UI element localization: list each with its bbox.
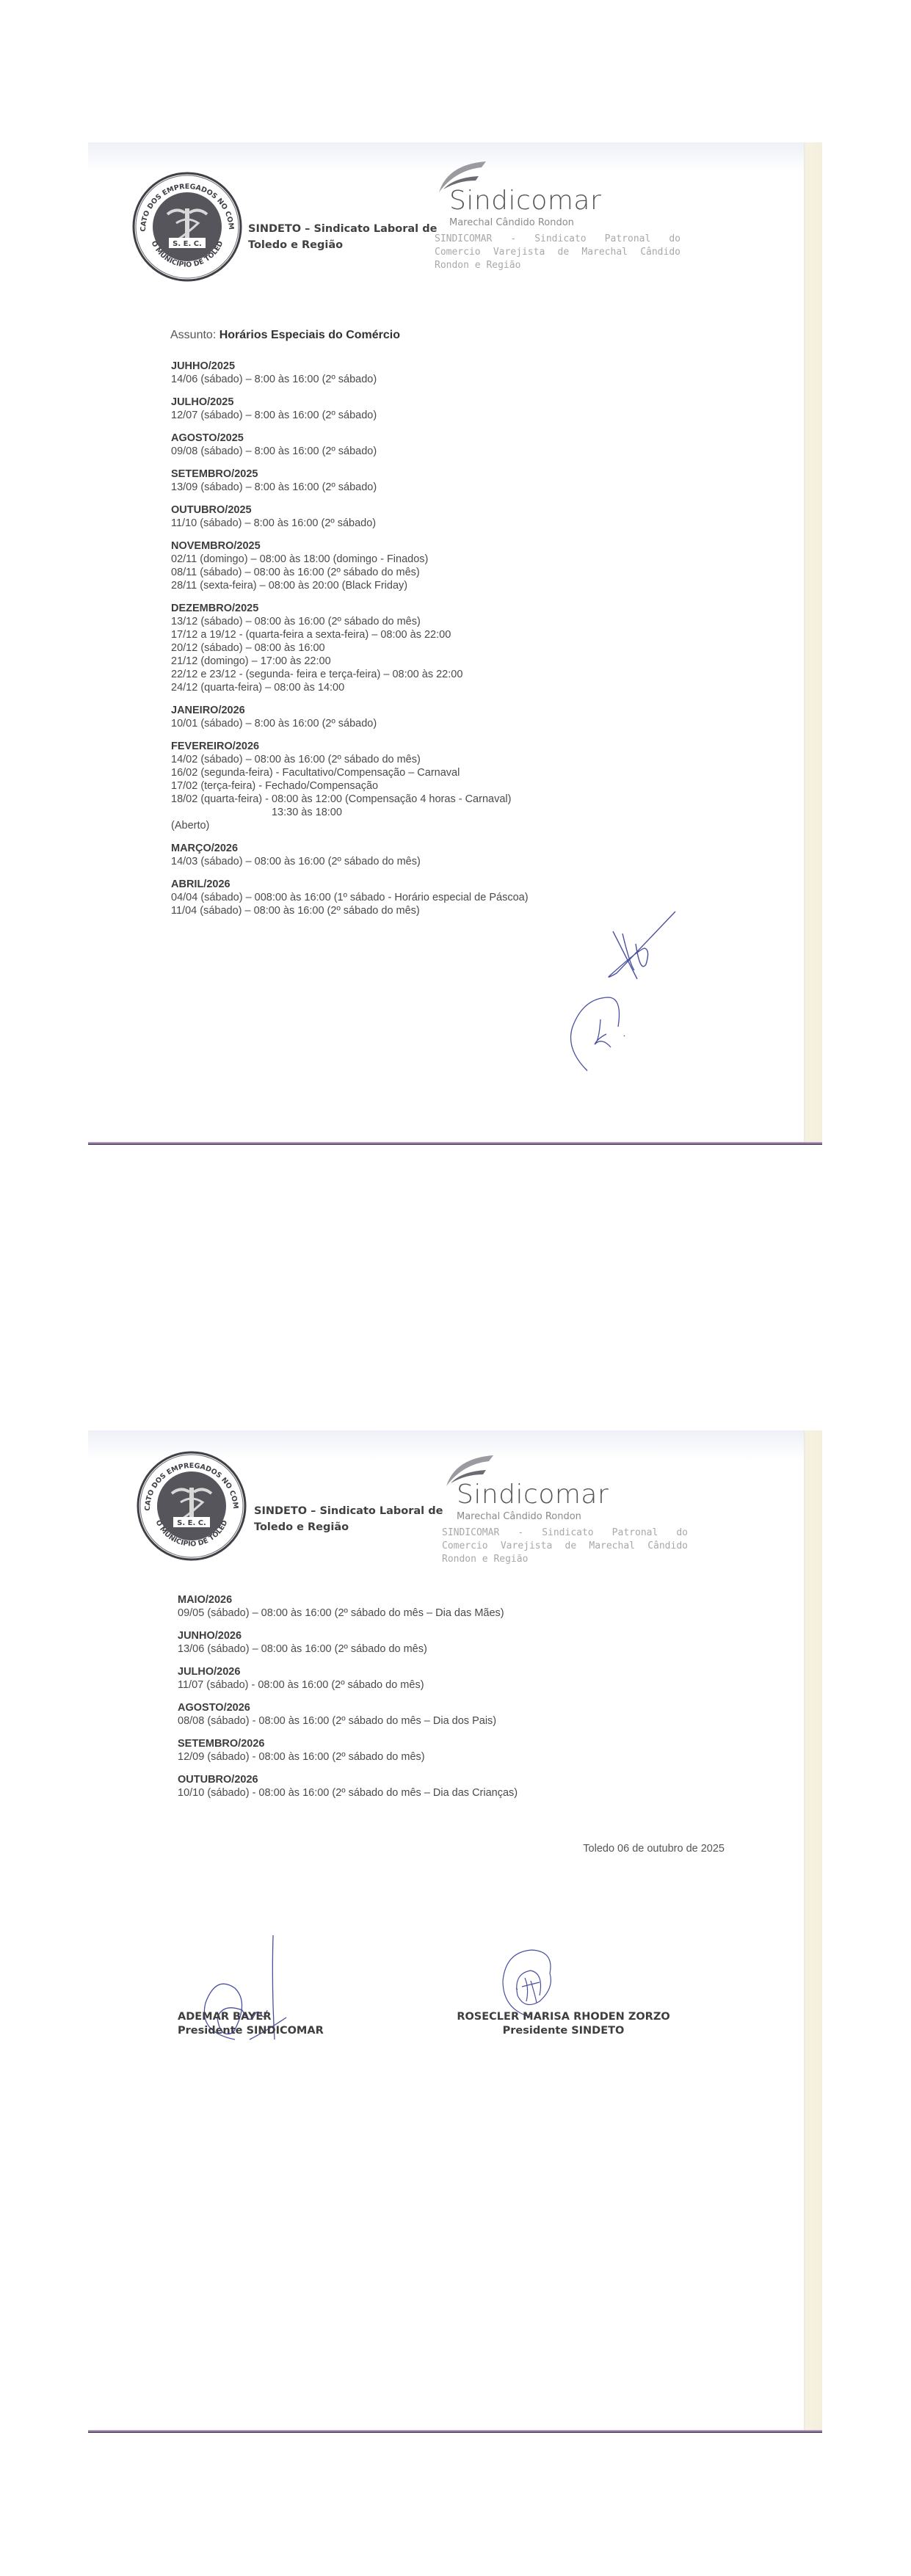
- month-section: MARÇO/202614/03 (sábado) – 08:00 às 16:0…: [171, 842, 529, 868]
- signatory-name: ROSECLER MARISA RHODEN ZORZO: [429, 2010, 697, 2024]
- schedule-entry: 24/12 (quarta-feira) – 08:00 às 14:00: [171, 681, 529, 694]
- schedule-entry: 28/11 (sexta-feira) – 08:00 às 20:00 (Bl…: [171, 579, 529, 592]
- schedule-list-page-2: MAIO/202609/05 (sábado) – 08:00 às 16:00…: [178, 1593, 518, 1809]
- schedule-entry: 17/12 a 19/12 - (quarta-feira a sexta-fe…: [171, 628, 529, 641]
- month-title: JANEIRO/2026: [171, 704, 529, 717]
- signatory-role: Presidente SINDICOMAR: [178, 2024, 324, 2038]
- schedule-entry: 11/04 (sábado) – 08:00 às 16:00 (2º sába…: [171, 904, 529, 917]
- month-title: DEZEMBRO/2025: [171, 602, 529, 615]
- schedule-entry: 21/12 (domingo) – 17:00 às 22:00: [171, 655, 529, 668]
- schedule-entry: 13:30 às 18:00: [171, 806, 529, 819]
- month-section: AGOSTO/202509/08 (sábado) – 8:00 às 16:0…: [171, 432, 529, 458]
- month-title: AGOSTO/2026: [178, 1701, 518, 1714]
- schedule-entry: 11/07 (sábado) - 08:00 às 16:00 (2º sába…: [178, 1678, 518, 1692]
- month-section: JANEIRO/202610/01 (sábado) – 8:00 às 16:…: [171, 704, 529, 730]
- month-section: JULHO/202611/07 (sábado) - 08:00 às 16:0…: [178, 1665, 518, 1692]
- schedule-list-page-1: JUHHO/202514/06 (sábado) – 8:00 às 16:00…: [171, 360, 529, 927]
- schedule-entry: 13/09 (sábado) – 8:00 às 16:00 (2º sábad…: [171, 481, 529, 494]
- month-title: FEVEREIRO/2026: [171, 740, 529, 753]
- month-title: ABRIL/2026: [171, 878, 529, 891]
- month-section: DEZEMBRO/202513/12 (sábado) – 08:00 às 1…: [171, 602, 529, 694]
- signature-initials-2: [565, 990, 646, 1082]
- page-bottom-edge: [88, 2430, 822, 2433]
- month-title: JULHO/2026: [178, 1665, 518, 1678]
- month-section: OUTUBRO/202511/10 (sábado) – 8:00 às 16:…: [171, 503, 529, 530]
- schedule-entry: 16/02 (segunda-feira) - Facultativo/Comp…: [171, 766, 529, 779]
- schedule-entry: 10/01 (sábado) – 8:00 às 16:00 (2º sábad…: [171, 717, 529, 730]
- sindicomar-description: SINDICOMAR - Sindicato Patronal do Comer…: [435, 233, 680, 272]
- schedule-entry: 14/03 (sábado) – 08:00 às 16:00 (2º sába…: [171, 855, 529, 868]
- month-title: JULHO/2025: [171, 396, 529, 409]
- page-bottom-edge: [88, 1142, 822, 1145]
- signatory-sindeto: ROSECLER MARISA RHODEN ZORZO Presidente …: [429, 2010, 697, 2038]
- sindicomar-city: Marechal Cândido Rondon: [457, 1511, 688, 1522]
- sindicomar-city: Marechal Cândido Rondon: [449, 217, 680, 228]
- schedule-entry: 02/11 (domingo) – 08:00 às 18:00 (doming…: [171, 553, 529, 566]
- schedule-entry: (Aberto): [171, 819, 529, 832]
- month-title: MARÇO/2026: [171, 842, 529, 855]
- schedule-entry: 08/11 (sábado) – 08:00 às 16:00 (2º sába…: [171, 566, 529, 579]
- month-title: NOVEMBRO/2025: [171, 539, 529, 553]
- schedule-entry: 13/12 (sábado) – 08:00 às 16:00 (2º sába…: [171, 615, 529, 628]
- sindicomar-logo: Sindicomar Marechal Cândido Rondon SINDI…: [433, 157, 680, 272]
- sindicomar-brand: Sindicomar: [449, 186, 680, 216]
- sindeto-name: SINDETO – Sindicato Laboral de Toledo e …: [248, 221, 437, 253]
- month-title: JUHHO/2025: [171, 360, 529, 373]
- schedule-entry: 20/12 (sábado) – 08:00 às 16:00: [171, 641, 529, 655]
- sindeto-seal-logo: SINDICATO DOS EMPREGADOS NO COMÉRCIO DO …: [132, 172, 242, 282]
- document-page-2: SINDICATO DOS EMPREGADOS NO COMÉRCIO DO …: [88, 1430, 822, 2433]
- month-section: JULHO/202512/07 (sábado) – 8:00 às 16:00…: [171, 396, 529, 422]
- schedule-entry: 18/02 (quarta-feira) - 08:00 às 12:00 (C…: [171, 793, 529, 806]
- subject-line: Assunto: Horários Especiais do Comércio: [170, 329, 400, 342]
- month-section: OUTUBRO/202610/10 (sábado) - 08:00 às 16…: [178, 1773, 518, 1800]
- month-section: SETEMBRO/202612/09 (sábado) - 08:00 às 1…: [178, 1737, 518, 1764]
- schedule-entry: 10/10 (sábado) - 08:00 às 16:00 (2º sába…: [178, 1786, 518, 1800]
- month-section: FEVEREIRO/202614/02 (sábado) – 08:00 às …: [171, 740, 529, 832]
- sindicomar-description: SINDICOMAR - Sindicato Patronal do Comer…: [442, 1527, 688, 1566]
- month-title: JUNHO/2026: [178, 1629, 518, 1642]
- schedule-entry: 09/05 (sábado) – 08:00 às 16:00 (2º sába…: [178, 1607, 518, 1620]
- subject-title: Horários Especiais do Comércio: [219, 329, 400, 341]
- month-title: AGOSTO/2025: [171, 432, 529, 445]
- signatory-role: Presidente SINDETO: [429, 2024, 697, 2038]
- sindicomar-brand: Sindicomar: [457, 1480, 688, 1510]
- month-section: NOVEMBRO/202502/11 (domingo) – 08:00 às …: [171, 539, 529, 592]
- schedule-entry: 08/08 (sábado) - 08:00 às 16:00 (2º sába…: [178, 1714, 518, 1728]
- page-edge-shadow: [804, 142, 822, 1142]
- schedule-entry: 12/09 (sábado) - 08:00 às 16:00 (2º sába…: [178, 1750, 518, 1764]
- month-section: ABRIL/202604/04 (sábado) – 008:00 às 16:…: [171, 878, 529, 917]
- month-title: SETEMBRO/2026: [178, 1737, 518, 1750]
- schedule-entry: 09/08 (sábado) – 8:00 às 16:00 (2º sábad…: [171, 445, 529, 458]
- schedule-entry: 17/02 (terça-feira) - Fechado/Compensaçã…: [171, 779, 529, 793]
- sindicomar-logo: Sindicomar Marechal Cândido Rondon SINDI…: [440, 1451, 688, 1566]
- month-title: SETEMBRO/2025: [171, 467, 529, 481]
- schedule-entry: 14/06 (sábado) – 8:00 às 16:00 (2º sábad…: [171, 373, 529, 386]
- sindeto-seal-logo: SINDICATO DOS EMPREGADOS NO COMÉRCIO DO …: [137, 1451, 247, 1561]
- month-section: JUHHO/202514/06 (sábado) – 8:00 às 16:00…: [171, 360, 529, 386]
- page-edge-shadow: [804, 1430, 822, 2430]
- svg-text:S. E. C.: S. E. C.: [173, 240, 202, 248]
- month-title: MAIO/2026: [178, 1593, 518, 1607]
- month-title: OUTUBRO/2026: [178, 1773, 518, 1786]
- sindeto-name: SINDETO – Sindicato Laboral de Toledo e …: [254, 1503, 443, 1535]
- signatory-sindicomar: ADEMAR BAYER Presidente SINDICOMAR: [178, 2010, 324, 2038]
- month-title: OUTUBRO/2025: [171, 503, 529, 517]
- month-section: AGOSTO/202608/08 (sábado) - 08:00 às 16:…: [178, 1701, 518, 1728]
- month-section: JUNHO/202613/06 (sábado) – 08:00 às 16:0…: [178, 1629, 518, 1656]
- month-section: MAIO/202609/05 (sábado) – 08:00 às 16:00…: [178, 1593, 518, 1620]
- schedule-entry: 11/10 (sábado) – 8:00 às 16:00 (2º sábad…: [171, 517, 529, 530]
- signatory-name: ADEMAR BAYER: [178, 2010, 324, 2024]
- schedule-entry: 13/06 (sábado) – 08:00 às 16:00 (2º sába…: [178, 1642, 518, 1656]
- schedule-entry: 04/04 (sábado) – 008:00 às 16:00 (1º sáb…: [171, 891, 529, 904]
- place-and-date: Toledo 06 de outubro de 2025: [512, 1843, 725, 1855]
- schedule-entry: 14/02 (sábado) – 08:00 às 16:00 (2º sába…: [171, 753, 529, 766]
- schedule-entry: 12/07 (sábado) – 8:00 às 16:00 (2º sábad…: [171, 409, 529, 422]
- month-section: SETEMBRO/202513/09 (sábado) – 8:00 às 16…: [171, 467, 529, 494]
- document-page-1: SINDICATO DOS EMPREGADOS NO COMÉRCIO DO …: [88, 142, 822, 1145]
- signature-initials-1: [602, 906, 683, 990]
- svg-text:S. E. C.: S. E. C.: [177, 1519, 206, 1527]
- schedule-entry: 22/12 e 23/12 - (segunda- feira e terça-…: [171, 668, 529, 681]
